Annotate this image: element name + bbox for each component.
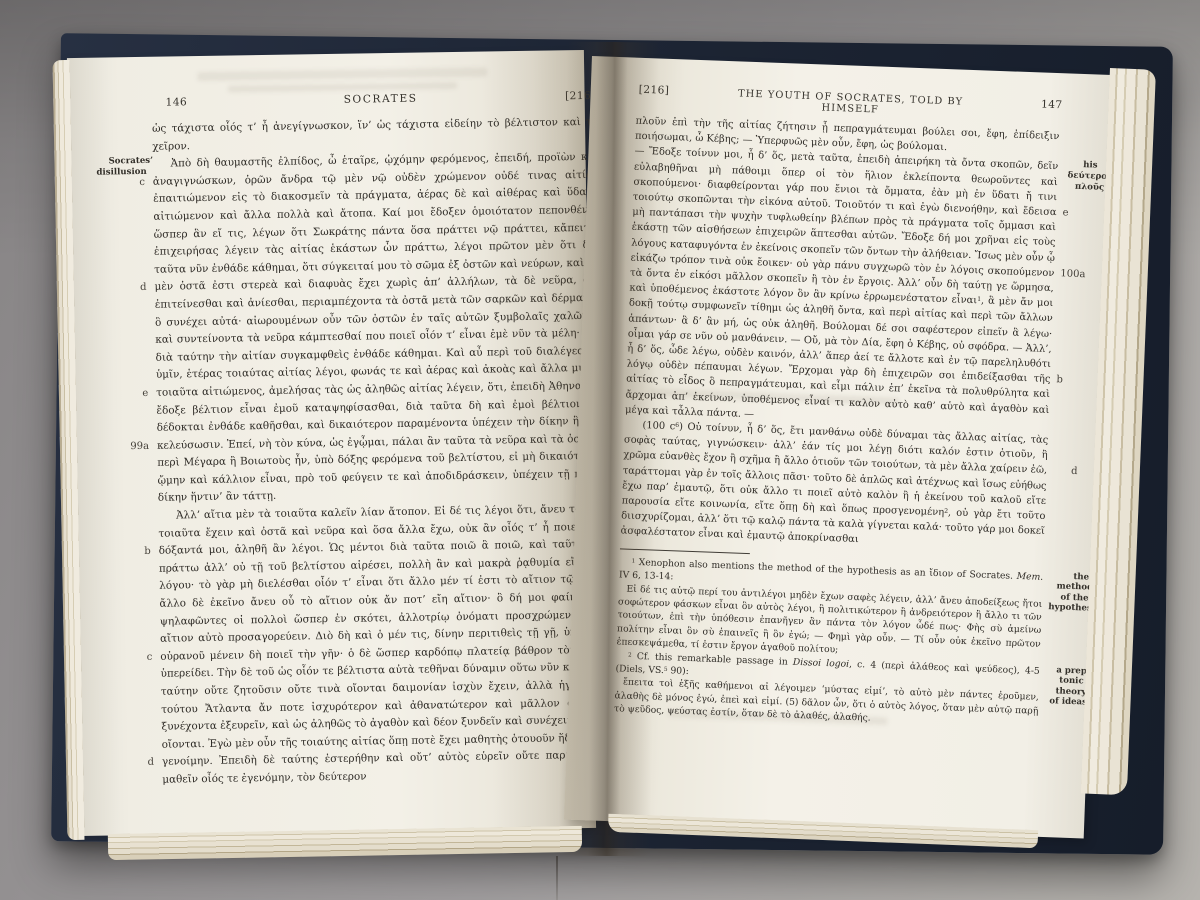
section-ref: [216] bbox=[625, 83, 736, 99]
margin-note: his δεύτερος πλοῦς bbox=[1061, 160, 1118, 194]
margin-note: a prepla- tonic theory of ideas? bbox=[1042, 665, 1100, 709]
stephanus-letter: e bbox=[1062, 205, 1103, 222]
footnote-ref: 2 bbox=[628, 652, 632, 658]
footnote-ref: 1 bbox=[631, 558, 635, 564]
running-head: SOCRATES bbox=[263, 91, 498, 107]
margin-note: the method of the hypothesis bbox=[1046, 571, 1104, 615]
showthrough-smudge bbox=[227, 82, 457, 93]
photo-background: { "colors":{"background_grey":"#a19e9f",… bbox=[0, 0, 1200, 900]
stephanus-letter: d bbox=[102, 279, 146, 297]
paragraph: — Ἔδοξε τοίνυν μοι, ἦ δ’ ὅς, μετὰ ταῦτα,… bbox=[625, 144, 1059, 433]
page-number: 146 bbox=[152, 95, 264, 109]
showthrough-smudge bbox=[197, 68, 487, 82]
stephanus-letter: b bbox=[107, 543, 151, 561]
left-page-body: ὡς τάχιστα οἷός τ’ ἦ ἀνεγίγνωσκον, ἵν’ ὡ… bbox=[152, 114, 608, 789]
italic-text: Mem. bbox=[1017, 571, 1044, 583]
body-paragraphs: πλοῦν ἐπὶ τὴν τῆς αἰτίας ζήτησιν ᾗ πεπρα… bbox=[620, 114, 1059, 555]
footnote-rule bbox=[620, 548, 750, 554]
stephanus-letter: d bbox=[110, 754, 154, 772]
footnotes: the method of the hypothesis1 Xenophon a… bbox=[614, 555, 1044, 731]
left-page-header: 146 SOCRATES [216] bbox=[152, 90, 598, 109]
footnote-ref: 2 bbox=[944, 508, 948, 515]
page-number: 147 bbox=[966, 96, 1065, 112]
left-page: 146 SOCRATES [216] ὡς τάχιστα οἷός τ’ ἦ … bbox=[67, 50, 596, 836]
open-book: 146 SOCRATES [216] ὡς τάχιστα οἷός τ’ ἦ … bbox=[48, 24, 1170, 860]
paragraph: (100 c6) Οὐ τοίνυν, ἦ δ’ ὅς, ἔτι μανθάνω… bbox=[620, 418, 1048, 555]
paragraph: Socrates’ disillusionἈπὸ δὴ θαυμαστῆς ἐλ… bbox=[152, 149, 603, 508]
running-head: THE YOUTH OF SOCRATES, TOLD BY HIMSELF bbox=[734, 88, 966, 118]
stephanus-letter: 99a bbox=[105, 438, 149, 456]
stephanus-letter: 100a bbox=[1060, 266, 1101, 283]
paragraph: Ἀλλ’ αἴτια μὲν τὰ τοιαῦτα καλεῖν λίαν ἄτ… bbox=[158, 501, 608, 789]
footnote-ref: 5 bbox=[664, 667, 668, 673]
margin-note: Socrates’ disillusion bbox=[90, 156, 146, 178]
stephanus-letter: c bbox=[108, 649, 152, 667]
table-seam-line bbox=[556, 856, 558, 900]
stephanus-letter: b bbox=[1056, 372, 1097, 389]
footnote-ref: 6 bbox=[675, 422, 679, 429]
stephanus-letter: d bbox=[1053, 464, 1094, 481]
right-page: [216] THE YOUTH OF SOCRATES, TOLD BY HIM… bbox=[564, 56, 1112, 839]
stephanus-letter: e bbox=[104, 385, 148, 403]
footnote-ref: 1 bbox=[977, 296, 981, 303]
right-page-body: πλοῦν ἐπὶ τὴν τῆς αἰτίας ζήτησιν ᾗ πεπρα… bbox=[614, 114, 1060, 732]
section-ref: [216] bbox=[498, 90, 598, 104]
italic-text: Dissoi logoi bbox=[793, 656, 850, 669]
